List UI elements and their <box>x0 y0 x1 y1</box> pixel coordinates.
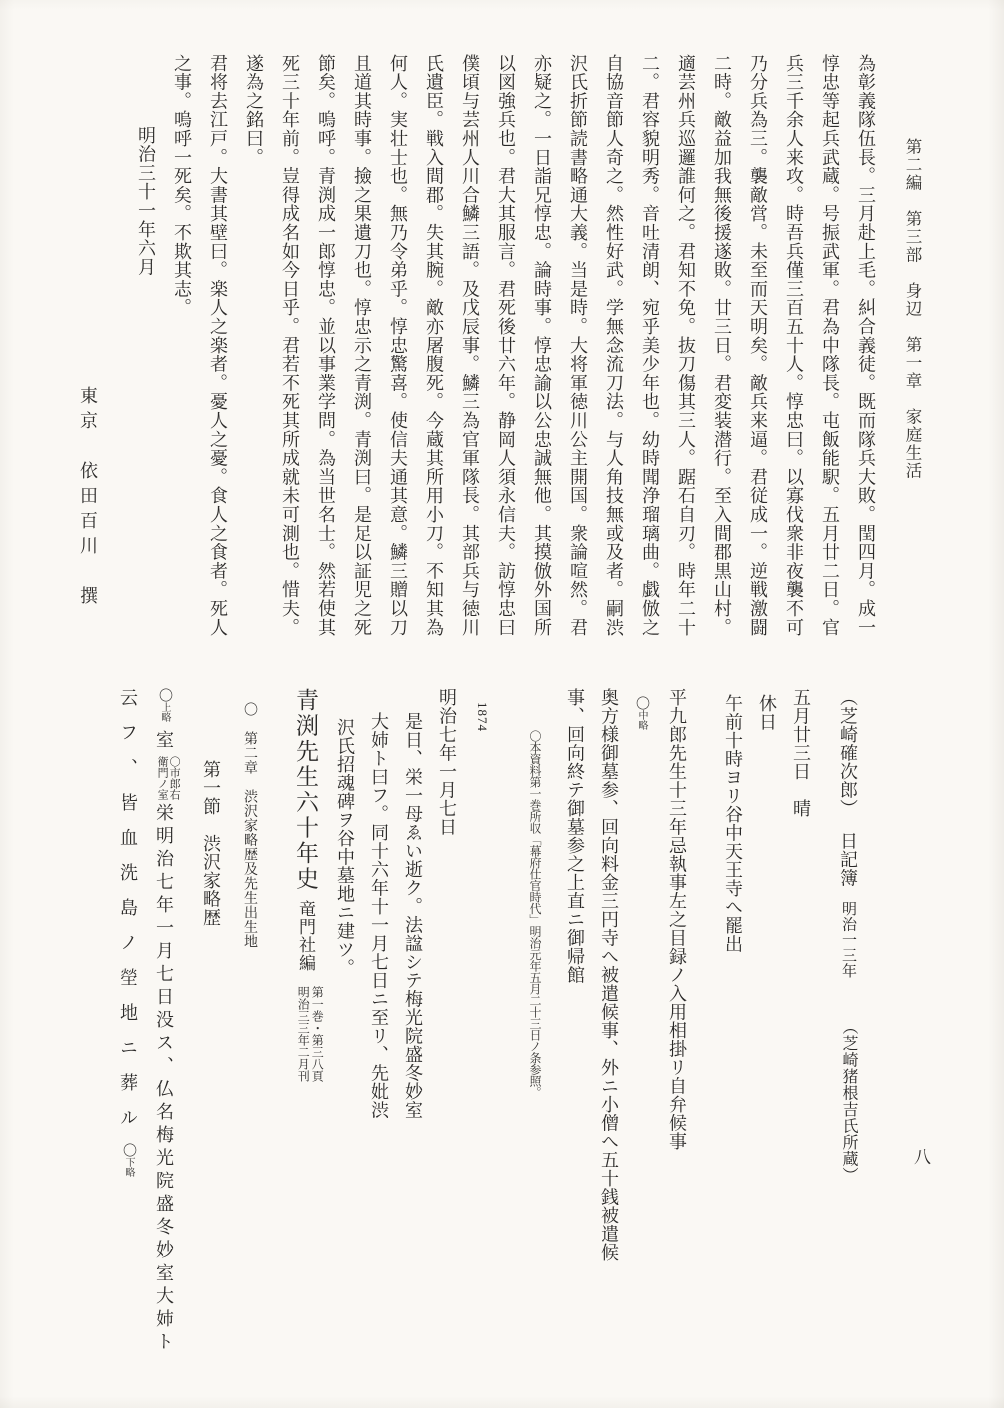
biography-column-13: 氏遺臣。戦入間郡。失其腕。敵亦屠腹死。今蔵其所用小刀。不知其為 <box>416 54 452 646</box>
excerpt-open-label: 上略 <box>159 702 170 722</box>
omission-circle: 〇 <box>634 696 649 710</box>
biography-column-1: 為彰義隊伍長。三月赴上毛。糾合義徒。既而隊兵大敗。閏四月。成一 <box>848 54 884 646</box>
excerpt-text-1: 栄明治七年一月七日没ス、仏名梅光院盛冬妙室大姉ト <box>154 803 174 1355</box>
biography-column-8: 自協音節人奇之。然性好武。学無念流刀法。与人角技無或及者。嗣渋 <box>596 54 632 646</box>
sources-text-block: （芝崎確次郎）日記簿明治一三年（芝崎猪根吉氏所蔵） 五月廿三日 晴 休日 午前十… <box>110 688 866 1402</box>
diary-entry-line-4: 事、回向終テ御墓参之上直ニ御帰館 <box>558 688 592 1402</box>
biography-column-3: 兵三千余人来攻。時吾兵僅三百五十人。惇忠曰。以寡伐衆非夜襲不可 <box>776 54 812 646</box>
excerpt-open-circle: 〇 <box>157 688 172 702</box>
book-title: 青渕先生六十年史 <box>293 688 318 892</box>
western-year: 1874 <box>475 702 490 732</box>
biography-column-2: 惇忠等起兵武蔵。号振武軍。君為中隊長。屯飯能駅。五月廿二日。官 <box>812 54 848 646</box>
biography-column-4: 乃分兵為三。襲敵営。未至而天明矣。敵兵来逼。君従成一。逆戦激闘 <box>740 54 776 646</box>
excerpt-inline-note: 〇市郎右衛門ノ室 <box>156 756 180 800</box>
section-heading: 第一節 渋沢家略歴 <box>194 688 228 1402</box>
diary-owner: （芝崎猪根吉氏所蔵） <box>840 1019 857 1184</box>
biography-text-block: 第二編 第三部 身辺 第一章 家庭生活 為彰義隊伍長。三月赴上毛。糾合義徒。既而… <box>68 54 934 646</box>
biography-column-5: 二時。敵益加我無後援遂敗。廿三日。君変装潜行。至入間郡黒山村。 <box>704 54 740 646</box>
diary-source-column: （芝崎確次郎）日記簿明治一三年（芝崎猪根吉氏所蔵） <box>830 688 866 1402</box>
diary-date-line: 五月廿三日 晴 <box>784 688 818 1402</box>
biography-column-15: 且道其時事。撿之果遺刀也。惇忠示之青渕。青渕曰。是足以証児之死 <box>344 54 380 646</box>
book-title-column: 青渕先生六十年史竜門社編第一巻・第三八頁明治三三年二月刊 <box>282 688 328 1402</box>
diary-source-person: （芝崎確次郎） <box>838 688 858 818</box>
chronicle-date-heading: 明治七年一月七日 <box>430 688 464 1402</box>
diary-title: 日記簿 <box>838 832 858 888</box>
book-editor: 竜門社編 <box>296 900 315 972</box>
genealogy-excerpt-line-2: 云フ、皆血洗島ノ塋地ニ葬ル〇下略 <box>110 688 146 1402</box>
omission-label: 中略 <box>636 710 647 730</box>
biography-column-6: 適芸州兵巡邏誰何之。君知不免。抜刀傷其三人。踞石自刃。時年二十 <box>668 54 704 646</box>
diary-entry-line-3: 奥方様御墓参、回向料金三円寺へ被遣候事、外ニ小僧へ五十銭被遣候 <box>592 688 626 1402</box>
biography-column-7: 二。君容貌明秀。音吐清朗、宛乎美少年也。幼時聞浄瑠璃曲。戯倣之 <box>632 54 668 646</box>
biography-column-18: 遂為之銘曰。 <box>236 54 272 646</box>
biography-column-14: 何人。実壮士也。無乃令弟乎。惇忠驚喜。使信夫通其意。鱗三贈以刀 <box>380 54 416 646</box>
chronicle-passage-1: 是日、栄一母ゑい逝ク。法諡シテ梅光院盛冬妙室 <box>396 688 430 1402</box>
excerpt-note-col-1: 〇市郎右 <box>168 756 180 800</box>
genealogy-excerpt-line-1: 〇上略室〇市郎右衛門ノ室栄明治七年一月七日没ス、仏名梅光院盛冬妙室大姉ト <box>146 688 182 1402</box>
excerpt-note-col-2: 衛門ノ室 <box>156 756 168 800</box>
biography-column-17: 死三十年前。豈得成名如今日乎。君若不死其所成就未可測也。惜夫。 <box>272 54 308 646</box>
biography-column-16: 節矣。嗚呼。青渕成一郎惇忠。並以事業学問。為当世名士。然若使其 <box>308 54 344 646</box>
page-number: 八 <box>908 1148 933 1165</box>
chapter-heading: 〇 第二章 渋沢家略歴及先生出生地 <box>234 688 264 1402</box>
biography-column-12: 僕頃与芸州人川合鱗三語。及戊辰事。鱗三為官軍隊長。其部兵与徳川 <box>452 54 488 646</box>
biography-date-line: 明治三十一年六月 <box>128 54 164 646</box>
western-year-column: 1874 <box>470 688 494 1402</box>
excerpt-lead-char: 室 <box>154 730 174 753</box>
excerpt-close-circle: 〇 <box>121 1143 136 1157</box>
author-signature: 東京 依田百川 撰 <box>68 54 108 646</box>
excerpt-close-label: 下略 <box>123 1157 134 1177</box>
omission-marker-column: 〇中略 <box>626 688 656 1402</box>
diary-era-year: 明治一三年 <box>840 901 856 979</box>
chronicle-passage-3: 沢氏招魂碑ヲ谷中墓地ニ建ツ。 <box>328 688 362 1402</box>
editor-source-note: 〇本資料第一巻所収「幕府仕官時代」明治元年五月二十三日ノ条参照。 <box>522 688 548 1402</box>
scanned-book-page: 第二編 第三部 身辺 第一章 家庭生活 為彰義隊伍長。三月赴上毛。糾合義徒。既而… <box>0 0 1004 1408</box>
excerpt-text-2: 云フ、皆血洗島ノ塋地ニ葬ル <box>118 688 138 1143</box>
book-reference-note: 第一巻・第三八頁明治三三年二月刊 <box>296 986 324 1082</box>
diary-entry-line-1: 午前十時ヨリ谷中天王寺へ罷出 <box>716 688 750 1402</box>
book-ref-date: 明治三三年二月刊 <box>296 986 310 1082</box>
biography-column-9: 沢氏折節読書略通大義。当是時。大将軍徳川公主開国。衆論喧然。君 <box>560 54 596 646</box>
biography-column-10: 亦疑之。一日詣兄惇忠。論時事。惇忠諭以公忠誠無他。其摸倣外国所 <box>524 54 560 646</box>
biography-column-20: 之事。嗚呼一死矣。不欺其志。 <box>164 54 200 646</box>
running-head: 第二編 第三部 身辺 第一章 家庭生活 <box>890 54 934 646</box>
biography-column-19: 君将去江戸。大書其壁曰。楽人之楽者。憂人之憂。食人之食者。死人 <box>200 54 236 646</box>
biography-column-11: 以図強兵也。君大其服言。君死後廿六年。静岡人須永信夫。訪惇忠曰 <box>488 54 524 646</box>
diary-holiday-line: 休日 <box>750 688 784 1402</box>
chronicle-passage-2: 大姉ト曰フ。同十六年十一月七日ニ至リ、先妣渋 <box>362 688 396 1402</box>
diary-entry-line-2: 平九郎先生十三年忌執事左之目録ノ入用相掛リ自弁候事 <box>660 688 694 1402</box>
book-ref-volume: 第一巻・第三八頁 <box>310 986 324 1082</box>
